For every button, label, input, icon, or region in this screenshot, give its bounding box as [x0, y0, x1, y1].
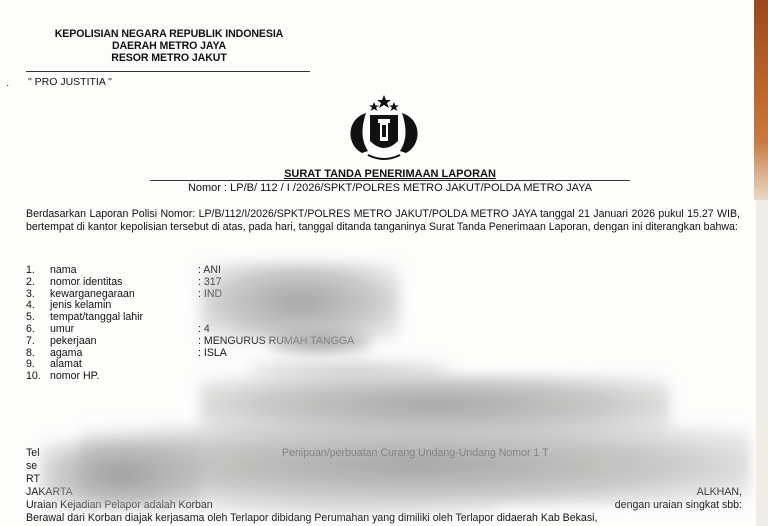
polri-emblem-icon [342, 93, 426, 165]
intro-paragraph: Berdasarkan Laporan Polisi Nomor: LP/B/1… [26, 208, 740, 234]
letterhead-divider [26, 71, 310, 72]
body-text-fragment: se [26, 460, 37, 472]
field-number: 6. [26, 324, 35, 336]
redaction-blur [40, 440, 200, 510]
background-surface [756, 200, 768, 526]
body-text-fragment: Tel [26, 447, 40, 459]
field-label: nomor identitas [50, 277, 122, 289]
field-label: nomor HP. [50, 371, 99, 383]
letterhead: KEPOLISIAN NEGARA REPUBLIK INDONESIA DAE… [28, 28, 310, 64]
document-number: Nomor : LP/B/ 112 / I /2026/SPKT/POLRES … [150, 180, 630, 194]
letterhead-line-2: DAERAH METRO JAYA [28, 40, 310, 52]
redaction-blur [200, 500, 500, 516]
field-number: 2. [26, 277, 35, 289]
letterhead-line-1: KEPOLISIAN NEGARA REPUBLIK INDONESIA [28, 28, 310, 40]
pro-justitia-label: " PRO JUSTITIA " [28, 76, 112, 88]
field-number: 7. [26, 336, 35, 348]
field-number: 10. [26, 371, 41, 383]
body-text-fragment: RT [26, 473, 40, 485]
background-surface [754, 0, 768, 200]
field-value: : ISLA [198, 348, 227, 360]
field-label: pekerjaan [50, 336, 97, 348]
document-title: SURAT TANDA PENERIMAAN LAPORAN [150, 168, 630, 180]
field-label: umur [50, 324, 74, 336]
document-page: · KEPOLISIAN NEGARA REPUBLIK INDONESIA D… [0, 0, 756, 526]
redaction-blur [270, 330, 370, 354]
letterhead-line-3: RESOR METRO JAKUT [28, 52, 310, 64]
speck: · [6, 80, 9, 91]
field-row: 8.agama: ISLA [26, 348, 446, 360]
